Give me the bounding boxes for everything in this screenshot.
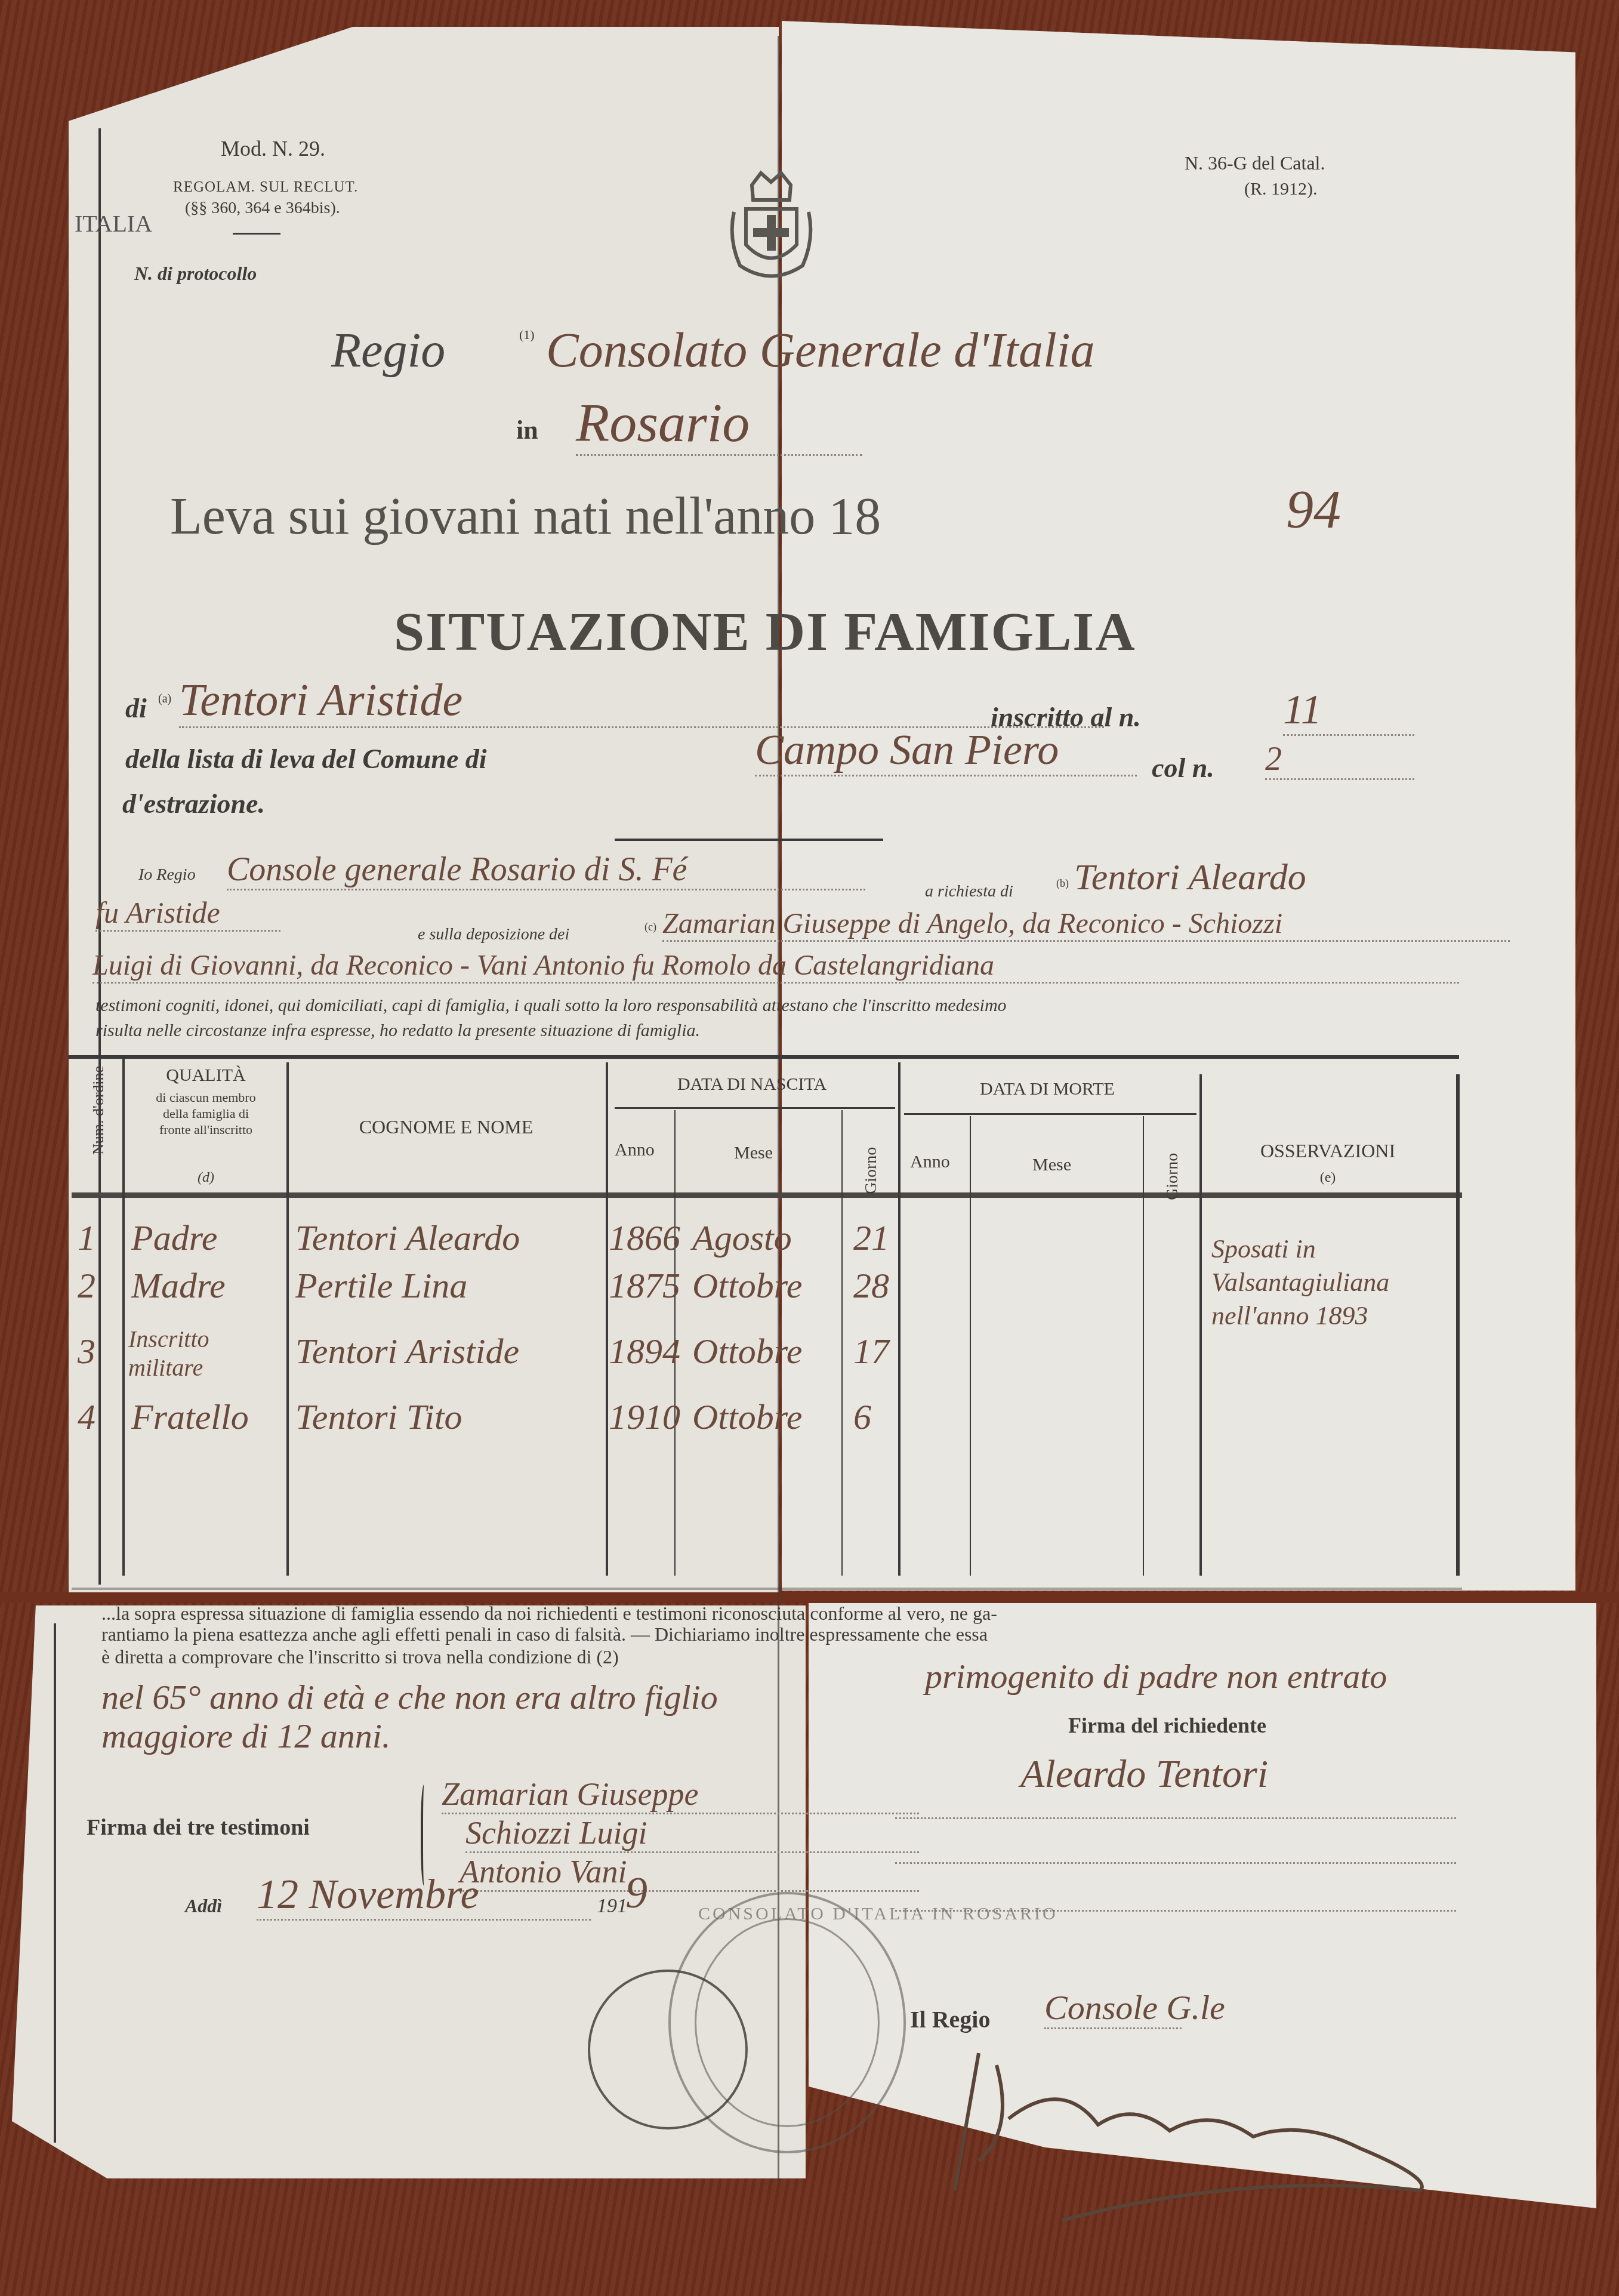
margin-letters: ITALIA bbox=[75, 179, 98, 269]
stamp-text: CONSOLATO D'ITALIA IN ROSARIO bbox=[698, 1904, 1058, 1924]
row-quality: Padre bbox=[131, 1218, 217, 1259]
witnesses-handwritten-2: Luigi di Giovanni, da Reconico - Vani An… bbox=[92, 949, 1459, 984]
row-quality: Fratello bbox=[131, 1397, 249, 1438]
condition-handwritten-1: primogenito di padre non entrato bbox=[925, 1656, 1387, 1696]
requester-signature-label: Firma del richiedente bbox=[1068, 1713, 1266, 1738]
row-num: 2 bbox=[78, 1265, 95, 1306]
protocol-label: N. di protocollo bbox=[134, 263, 257, 285]
in-label: in bbox=[516, 415, 538, 445]
date-year-handwritten: 9 bbox=[625, 1868, 647, 1919]
row-birth-day: 17 bbox=[853, 1331, 889, 1372]
regulation-sections: (§§ 360, 364 e 364bis). bbox=[185, 199, 340, 218]
city-handwritten: Rosario bbox=[576, 391, 862, 456]
document-title: SITUAZIONE DI FAMIGLIA bbox=[394, 600, 1136, 663]
oval-mark-icon bbox=[588, 1970, 748, 2129]
consul-label: Il Regio bbox=[910, 2005, 990, 2033]
footnote-b: (b) bbox=[1056, 877, 1069, 890]
margin-border-line-bottom bbox=[54, 1623, 56, 2143]
col-sep bbox=[898, 1062, 901, 1576]
date-year-prefix: 191 bbox=[597, 1895, 627, 1918]
consul-signature-icon bbox=[943, 2041, 1480, 2232]
observation-handwritten: Sposati in Valsantagiuliana nell'anno 18… bbox=[1211, 1232, 1450, 1333]
row-birth-day: 21 bbox=[853, 1218, 889, 1259]
signature-line bbox=[895, 1862, 1456, 1864]
request-label: a richiesta di bbox=[925, 882, 1013, 901]
row-birth-year: 1866 bbox=[609, 1218, 680, 1259]
io-regio-label: Io Regio bbox=[138, 865, 196, 885]
row-birth-year: 1910 bbox=[609, 1397, 680, 1438]
witnesses-signature-label: Firma dei tre testimoni bbox=[87, 1814, 310, 1841]
footnote-c: (c) bbox=[644, 921, 656, 933]
subject-name-handwritten: Tentori Aristide bbox=[179, 674, 1104, 728]
regulation-label: REGOLAM. SUL RECLUT. bbox=[173, 179, 358, 196]
row-birth-month: Ottobre bbox=[692, 1265, 802, 1306]
witness-signature-1: Zamarian Giuseppe bbox=[442, 1776, 919, 1814]
header-quality-sub: di ciascun membro della famiglia di fron… bbox=[149, 1089, 263, 1138]
date-label: Addì bbox=[185, 1895, 222, 1917]
row-num: 3 bbox=[78, 1331, 95, 1372]
extraction-label: d'estrazione. bbox=[122, 788, 265, 819]
header-death-date: DATA DI MORTE bbox=[901, 1079, 1194, 1099]
requester-handwritten: Tentori Aleardo bbox=[1074, 856, 1306, 899]
footnote-marker: (1) bbox=[519, 327, 535, 343]
table-header-border bbox=[72, 1192, 1462, 1198]
table-top-border bbox=[69, 1055, 1459, 1059]
condition-handwritten-2: nel 65° anno di età e che non era altro … bbox=[101, 1677, 718, 1717]
col-sep bbox=[970, 1116, 971, 1576]
torn-fold-horizontal bbox=[0, 1592, 1619, 1603]
header-quality-note: (d) bbox=[128, 1170, 283, 1186]
header-notes-note: (e) bbox=[1202, 1170, 1453, 1186]
closing-line-1: ...la sopra espressa situazione di famig… bbox=[101, 1602, 997, 1625]
col-sep bbox=[841, 1110, 843, 1576]
header-quality: QUALITÀ bbox=[128, 1065, 283, 1086]
header-death-year: Anno bbox=[910, 1152, 950, 1172]
header-death-day: Giorno bbox=[1163, 1141, 1182, 1200]
col-sep bbox=[1456, 1074, 1460, 1576]
row-num: 4 bbox=[78, 1397, 95, 1438]
enrolled-number-handwritten: 11 bbox=[1283, 686, 1414, 736]
consulate-name-handwritten: Consolato Generale d'Italia bbox=[546, 322, 1094, 378]
header-birth-day: Giorno bbox=[862, 1135, 881, 1194]
consulate-prefix: Regio bbox=[331, 322, 445, 378]
col-sep bbox=[1143, 1116, 1144, 1576]
footnote-a: (a) bbox=[158, 692, 171, 706]
ornament-divider bbox=[615, 839, 883, 841]
col-sep bbox=[606, 1062, 608, 1576]
header-death-month: Mese bbox=[1032, 1155, 1071, 1175]
witness-signature-2: Schiozzi Luigi bbox=[465, 1814, 919, 1853]
requester-handwritten-cont: fu Aristide bbox=[95, 895, 280, 932]
row-name: Tentori Aristide bbox=[295, 1331, 519, 1372]
header-notes: OSSERVAZIONI bbox=[1202, 1140, 1453, 1162]
deposition-label: e sulla deposizione dei bbox=[418, 925, 569, 944]
row-birth-month: Ottobre bbox=[692, 1331, 802, 1372]
col-sep bbox=[1199, 1074, 1202, 1576]
col-number-handwritten: 2 bbox=[1265, 740, 1414, 780]
table-bottom bbox=[72, 1588, 1462, 1590]
margin-border-line bbox=[98, 128, 101, 1585]
mod-number: Mod. N. 29. bbox=[221, 136, 325, 161]
requester-signature: Aleardo Tentori bbox=[1020, 1752, 1268, 1797]
divider bbox=[233, 233, 280, 235]
header-birth-year: Anno bbox=[615, 1140, 655, 1160]
closing-line-3: è diretta a comprovare che l'inscritto s… bbox=[101, 1646, 619, 1668]
date-handwritten: 12 Novembre bbox=[257, 1871, 591, 1921]
row-birth-day: 6 bbox=[853, 1397, 871, 1438]
attest-text-line-1: testimoni cogniti, idonei, qui domicilia… bbox=[95, 996, 1007, 1016]
header-birth-month: Mese bbox=[734, 1143, 773, 1163]
comune-handwritten: Campo San Piero bbox=[755, 725, 1137, 776]
row-birth-month: Agosto bbox=[692, 1218, 792, 1259]
consul-handwritten: Console generale Rosario di S. Fé bbox=[227, 850, 865, 890]
levy-year-handwritten: 94 bbox=[1286, 477, 1341, 541]
row-birth-month: Ottobre bbox=[692, 1397, 802, 1438]
witnesses-handwritten-1: Zamarian Giuseppe di Angelo, da Reconico… bbox=[662, 907, 1510, 942]
row-name: Tentori Aleardo bbox=[295, 1218, 520, 1259]
closing-line-2: rantiamo la piena esattezza anche agli e… bbox=[101, 1623, 988, 1645]
header-num: Num. d'ordine bbox=[90, 1095, 107, 1155]
row-birth-day: 28 bbox=[853, 1265, 889, 1306]
col-label: col n. bbox=[1152, 752, 1214, 784]
attest-text-line-2: risulta nelle circostanze infra espresse… bbox=[95, 1021, 700, 1041]
catalog-number: N. 36-G del Catal. bbox=[1185, 152, 1325, 174]
col-sep bbox=[122, 1056, 125, 1576]
row-quality: Madre bbox=[131, 1265, 226, 1306]
row-num: 1 bbox=[78, 1218, 95, 1259]
condition-handwritten-3: maggiore di 12 anni. bbox=[101, 1716, 390, 1756]
list-label: della lista di leva del Comune di bbox=[125, 743, 487, 775]
catalog-year: (R. 1912). bbox=[1244, 179, 1318, 199]
header-name: COGNOME E NOME bbox=[289, 1116, 603, 1138]
col-sep bbox=[286, 1062, 289, 1576]
consul-title-handwritten: Console G.le bbox=[1044, 1987, 1182, 2029]
di-label: di bbox=[125, 692, 147, 724]
row-name: Tentori Tito bbox=[295, 1397, 462, 1438]
row-birth-year: 1875 bbox=[609, 1265, 680, 1306]
row-quality: Inscritto militare bbox=[128, 1325, 242, 1382]
signature-line bbox=[895, 1817, 1456, 1819]
row-name: Pertile Lina bbox=[295, 1265, 467, 1306]
row-birth-year: 1894 bbox=[609, 1331, 680, 1372]
levy-label: Leva sui giovani nati nell'anno 18 bbox=[170, 486, 881, 547]
group-sep bbox=[615, 1107, 895, 1109]
header-birth-date: DATA DI NASCITA bbox=[609, 1074, 895, 1095]
coat-of-arms-icon bbox=[719, 167, 824, 286]
group-sep bbox=[904, 1113, 1196, 1115]
